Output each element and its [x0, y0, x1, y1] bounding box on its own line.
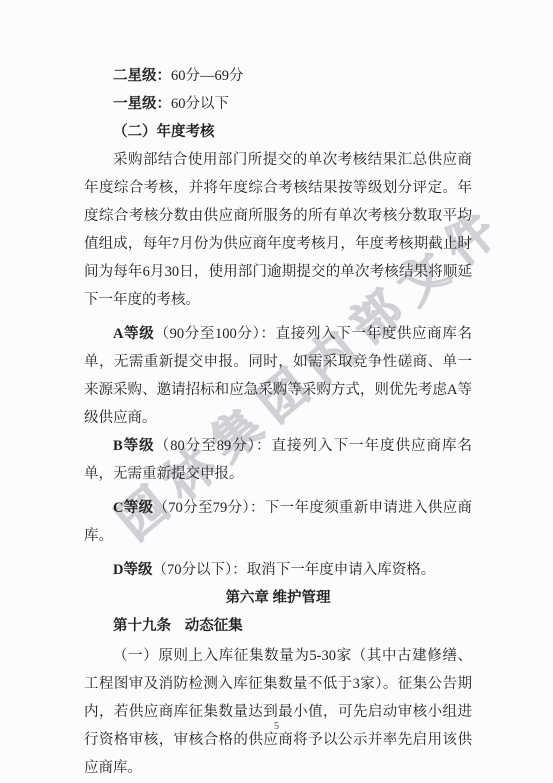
article-title: 动态征集: [185, 618, 243, 634]
grade-d-label: D等级: [113, 562, 152, 578]
collection-rules-paragraph: （一）原则上入库征集数量为5-30家（其中古建修缮、工程图审及消防检测入库征集数…: [84, 642, 472, 782]
article-number: 第十九条: [113, 618, 171, 634]
grade-c-paragraph: C等级（70分至79分）：下一年度须重新申请进入供应商库。: [84, 494, 472, 550]
grade-d-text: （70分以下）：取消下一年度申请入库资格。: [152, 562, 435, 578]
star-two-line: 二星级：60分—69分: [84, 62, 472, 90]
grade-d-paragraph: D等级（70分以下）：取消下一年度申请入库资格。: [84, 556, 472, 584]
article-heading-dynamic-collection: 第十九条动态征集: [84, 612, 472, 640]
star-one-label: 一星级：: [113, 96, 171, 112]
star-two-label: 二星级：: [113, 68, 171, 84]
chapter-heading-maintenance: 第六章 维护管理: [84, 584, 472, 612]
annual-review-paragraph: 采购部结合使用部门所提交的单次考核结果汇总供应商年度综合考核，并将年度综合考核结…: [84, 146, 472, 314]
grade-b-paragraph: B等级（80分至89分）：直接列入下一年度供应商库名单，无需重新提交申报。: [84, 432, 472, 488]
grade-b-label: B等级: [113, 438, 155, 454]
section-heading-annual-review: （二）年度考核: [84, 118, 472, 146]
star-one-line: 一星级：60分以下: [84, 90, 472, 118]
document-page: 园林集团内部文件 二星级：60分—69分 一星级：60分以下 （二）年度考核 采…: [0, 0, 553, 783]
grade-a-paragraph: A等级（90分至100分）：直接列入下一年度供应商库名单，无需重新提交申报。同时…: [84, 320, 472, 432]
page-number: 5: [0, 720, 553, 734]
grade-a-label: A等级: [113, 326, 154, 342]
star-two-text: 60分—69分: [171, 68, 244, 84]
document-content: 二星级：60分—69分 一星级：60分以下 （二）年度考核 采购部结合使用部门所…: [84, 62, 472, 782]
grade-c-label: C等级: [113, 500, 153, 516]
star-one-text: 60分以下: [171, 96, 229, 112]
